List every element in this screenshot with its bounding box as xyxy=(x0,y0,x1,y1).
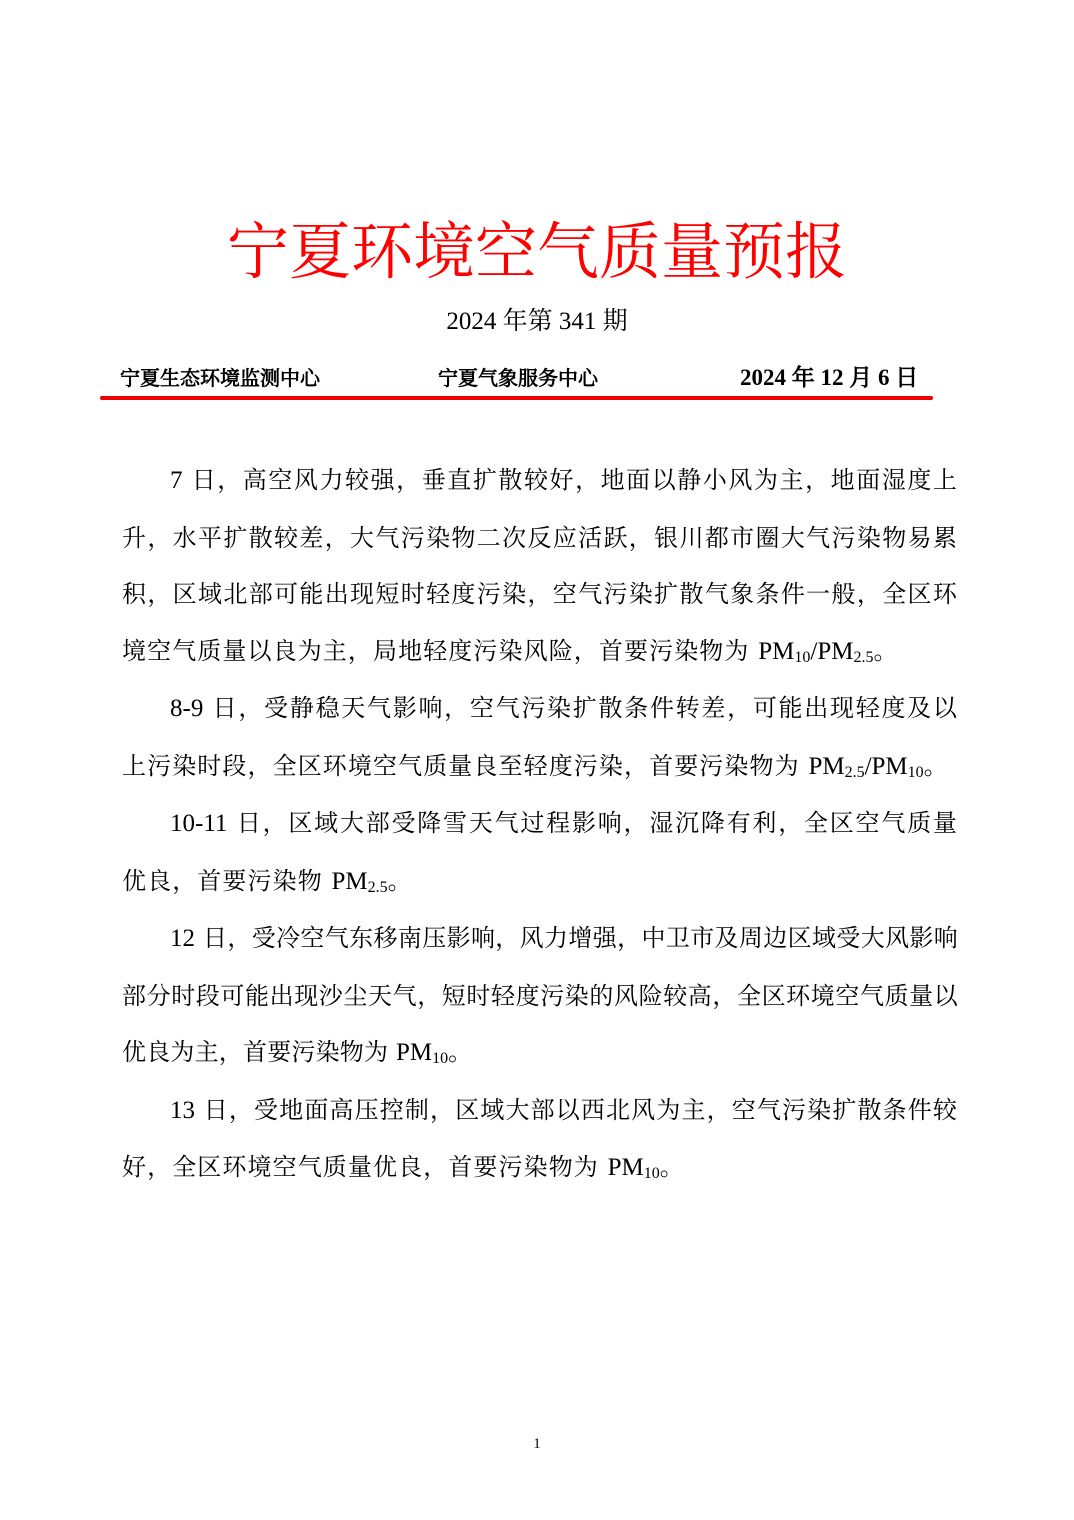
forecast-day: 7 xyxy=(170,467,183,494)
forecast-day: 12 xyxy=(170,925,195,952)
forecast-text: 日，受冷空气东移南压影响，风力增强，中卫市及周边区域受大风影响部分时段可能出现沙… xyxy=(122,924,958,1066)
primary-pollutant: PM10/PM2.5 xyxy=(758,638,873,665)
red-divider-rule xyxy=(100,396,933,400)
page-number: 1 xyxy=(0,1436,1074,1453)
issuer-environment-monitoring-center: 宁夏生态环境监测中心 xyxy=(120,362,320,394)
forecast-paragraph-day-10-11: 10-11 日，区域大部受降雪天气过程影响，湿沉降有利，全区空气质量优良，首要污… xyxy=(122,795,958,910)
issuer-meteorological-service-center: 宁夏气象服务中心 xyxy=(438,362,598,394)
forecast-day: 8-9 xyxy=(170,695,203,722)
primary-pollutant: PM2.5/PM10 xyxy=(808,753,923,780)
issue-number: 2024 年第 341 期 xyxy=(0,304,1074,340)
forecast-day: 10-11 xyxy=(170,810,227,837)
primary-pollutant: PM10 xyxy=(396,1039,448,1066)
issue-date: 2024 年 12 月 6 日 xyxy=(740,362,918,394)
primary-pollutant: PM2.5 xyxy=(332,868,388,895)
forecast-text: 日，高空风力较强，垂直扩散较好，地面以静小风为主，地面湿度上升，水平扩散较差，大… xyxy=(122,466,958,665)
forecast-text: 日，受地面高压控制，区域大部以西北风为主，空气污染扩散条件较好，全区环境空气质量… xyxy=(122,1096,958,1182)
forecast-day: 13 xyxy=(170,1097,195,1124)
forecast-paragraph-day-12: 12 日，受冷空气东移南压影响，风力增强，中卫市及周边区域受大风影响部分时段可能… xyxy=(122,910,958,1082)
issuer-bar: 宁夏生态环境监测中心 宁夏气象服务中心 2024 年 12 月 6 日 xyxy=(120,362,940,394)
forecast-paragraph-day-8-9: 8-9 日，受静稳天气影响，空气污染扩散条件转差，可能出现轻度及以上污染时段，全… xyxy=(122,680,958,795)
forecast-paragraph-day-13: 13 日，受地面高压控制，区域大部以西北风为主，空气污染扩散条件较好，全区环境空… xyxy=(122,1082,958,1197)
document-title: 宁夏环境空气质量预报 xyxy=(0,212,1074,292)
forecast-body: 7 日，高空风力较强，垂直扩散较好，地面以静小风为主，地面湿度上升，水平扩散较差… xyxy=(122,452,958,1197)
primary-pollutant: PM10 xyxy=(608,1154,660,1181)
forecast-text: 日，区域大部受降雪天气过程影响，湿沉降有利，全区空气质量优良，首要污染物 xyxy=(122,809,958,895)
forecast-paragraph-day-7: 7 日，高空风力较强，垂直扩散较好，地面以静小风为主，地面湿度上升，水平扩散较差… xyxy=(122,452,958,680)
